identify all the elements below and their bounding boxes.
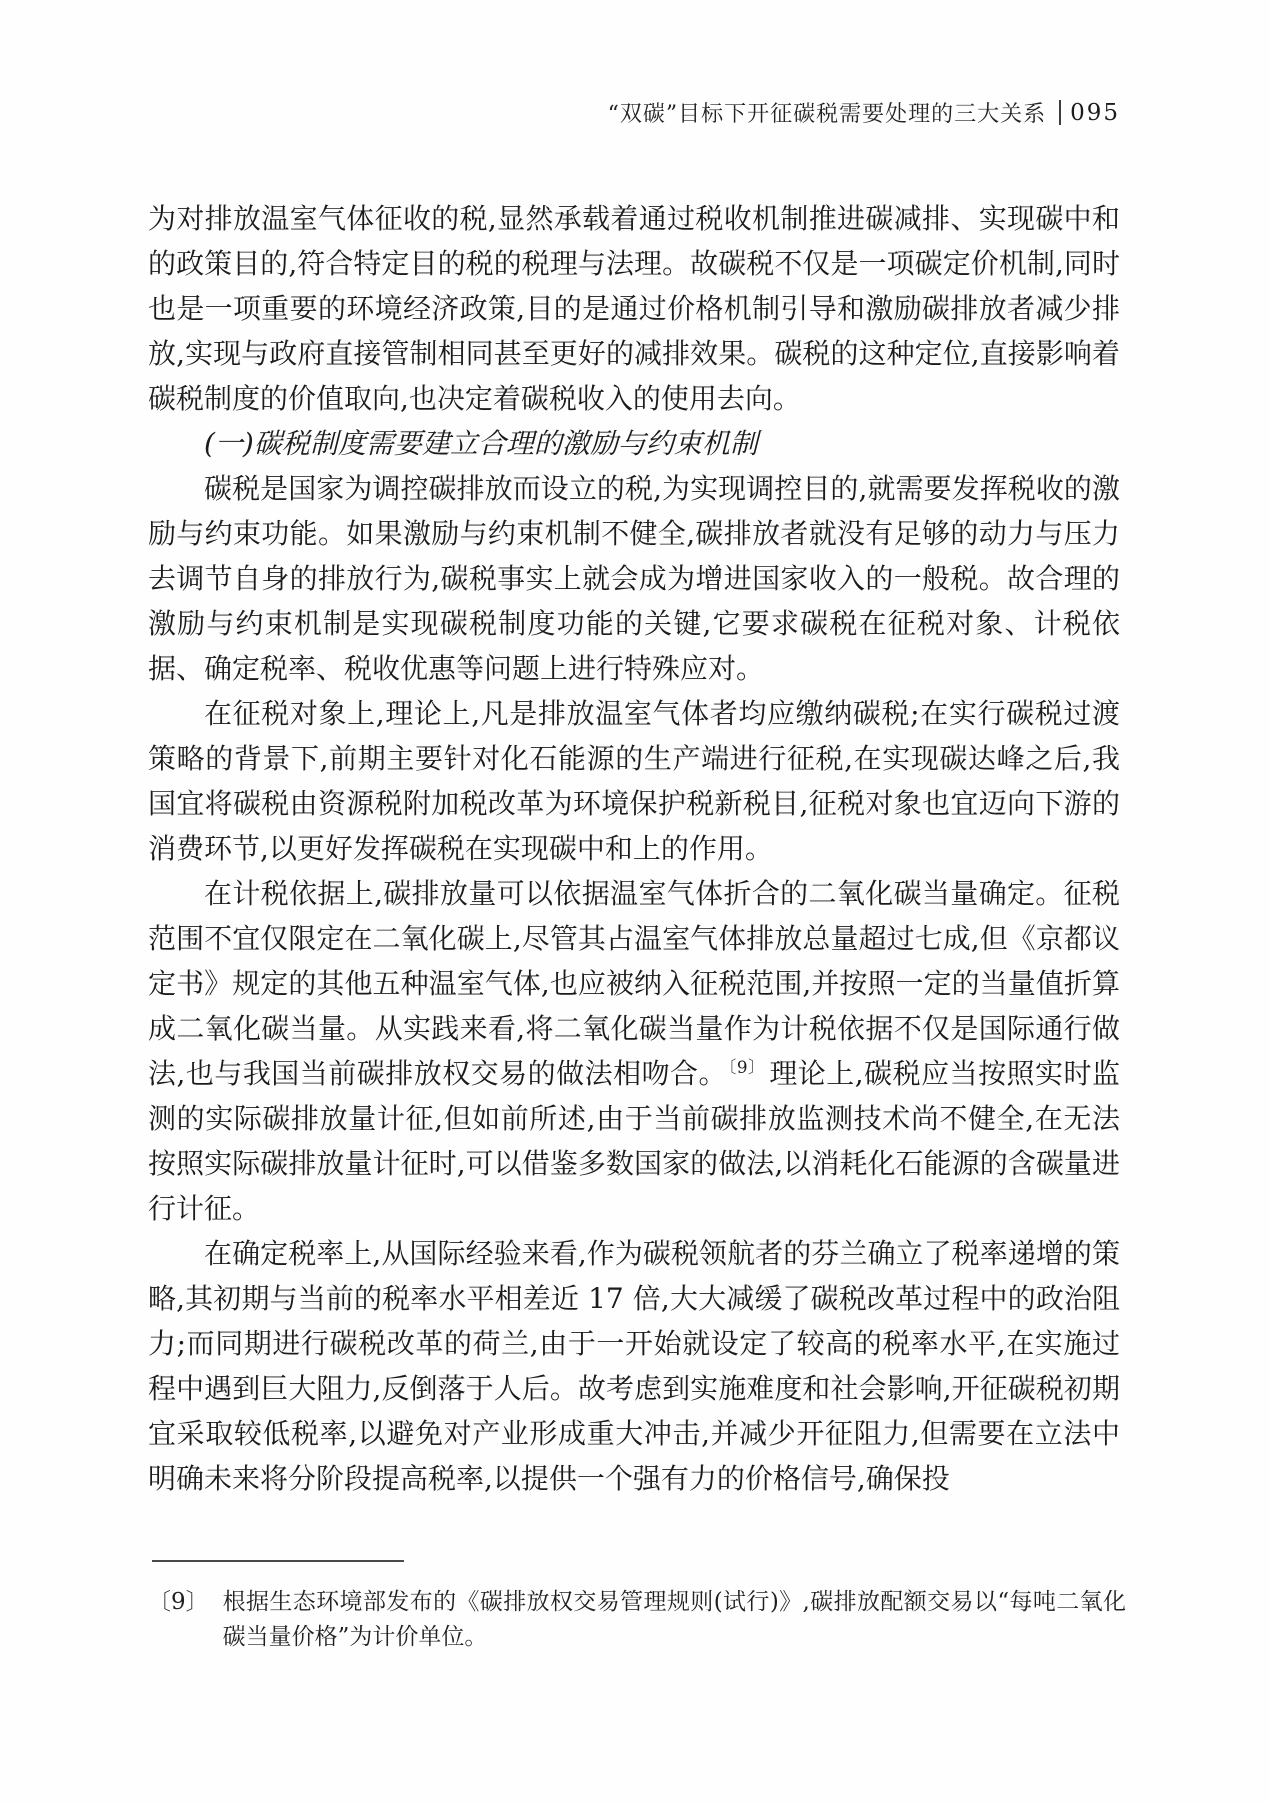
footnote: 〔9〕 根据生态环境部发布的《碳排放权交易管理规则(试行)》,碳排放配额交易以“… bbox=[148, 1585, 1126, 1655]
footnote-divider bbox=[152, 1560, 404, 1562]
page-number: 095 bbox=[1070, 100, 1120, 126]
book-page: “双碳”目标下开征碳税需要处理的三大关系 095 为对排放温室气体征收的税,显然… bbox=[0, 0, 1269, 1804]
footnote-label: 〔9〕 bbox=[148, 1585, 209, 1620]
paragraph-continuation: 为对排放温室气体征收的税,显然承载着通过税收机制推进碳减排、实现碳中和的政策目的… bbox=[148, 196, 1120, 421]
paragraph: 碳税是国家为调控碳排放而设立的税,为实现调控目的,就需要发挥税收的激励与约束功能… bbox=[148, 466, 1120, 691]
paragraph: 在确定税率上,从国际经验来看,作为碳税领航者的芬兰确立了税率递增的策略,其初期与… bbox=[148, 1231, 1120, 1501]
running-title: “双碳”目标下开征碳税需要处理的三大关系 bbox=[608, 97, 1047, 128]
running-header: “双碳”目标下开征碳税需要处理的三大关系 095 bbox=[608, 97, 1120, 128]
page-body: 为对排放温室气体征收的税,显然承载着通过税收机制推进碳减排、实现碳中和的政策目的… bbox=[148, 196, 1120, 1501]
section-subheading: (一)碳税制度需要建立合理的激励与约束机制 bbox=[148, 421, 1120, 466]
footnote-text: 根据生态环境部发布的《碳排放权交易管理规则(试行)》,碳排放配额交易以“每吨二氧… bbox=[223, 1585, 1126, 1655]
footnote-ref-9: 〔9〕 bbox=[728, 1057, 765, 1077]
header-divider bbox=[1059, 100, 1061, 125]
paragraph-with-footnote-ref: 在计税依据上,碳排放量可以依据温室气体折合的二氧化碳当量确定。征税范围不宜仅限定… bbox=[148, 871, 1120, 1231]
paragraph: 在征税对象上,理论上,凡是排放温室气体者均应缴纳碳税;在实行碳税过渡策略的背景下… bbox=[148, 691, 1120, 871]
